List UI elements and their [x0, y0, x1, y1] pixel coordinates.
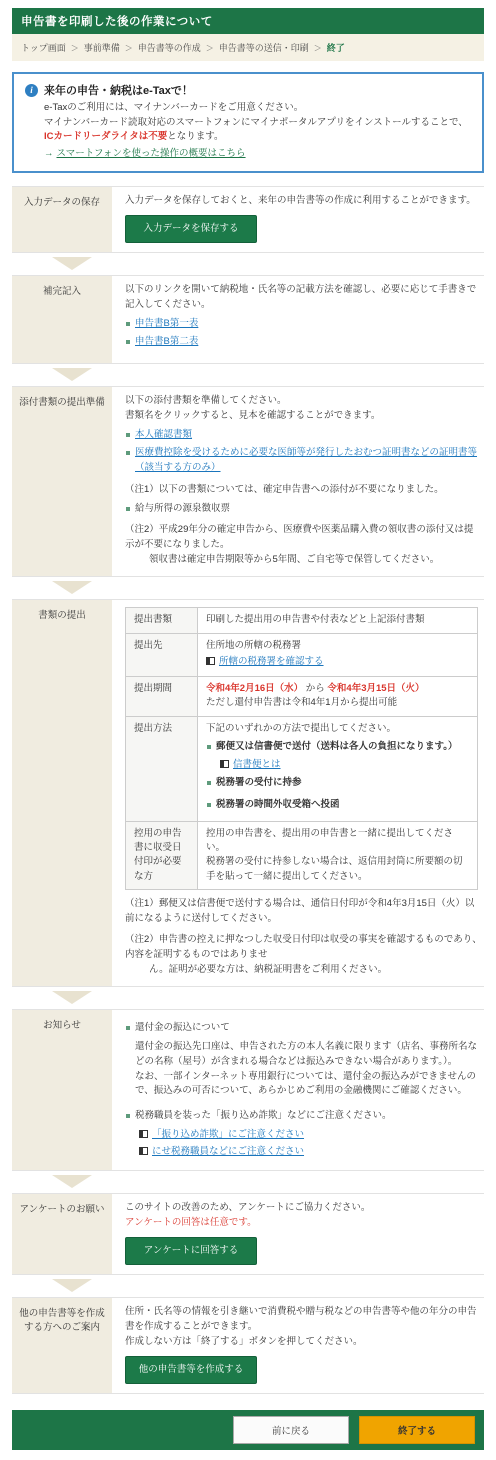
external-link-icon — [206, 657, 215, 665]
section-connector — [12, 364, 484, 386]
section-other-returns-label: 他の申告書等を作成する方へのご案内 — [12, 1298, 112, 1393]
submission-note-2-line-1: （注2）申告書の控えに押なつした収受日付印は収受の事実を確認するものであり、内容… — [125, 933, 482, 962]
attachment-text-1: 以下の添付書類を準備してください。 — [125, 394, 482, 409]
save-data-button[interactable]: 入力データを保存する — [125, 215, 257, 244]
arrow-down-icon — [52, 257, 92, 270]
list-item: 給与所得の源泉徴収票 — [125, 502, 482, 517]
section-survey: アンケートのお願い このサイトの改善のため、アンケートにご協力ください。 アンケ… — [12, 1193, 484, 1275]
section-connector — [12, 987, 484, 1009]
breadcrumb-separator: ＞ — [206, 44, 214, 53]
section-save-data-label: 入力データの保存 — [12, 187, 112, 252]
etax-notice-box: i 来年の申告・納税はe-Taxで！ e-Taxのご利用には、マイナンバーカード… — [12, 72, 484, 173]
notice-title: 来年の申告・納税はe-Taxで！ — [44, 82, 193, 98]
breadcrumb: トップ画面＞事前準備＞申告書等の作成＞申告書等の送信・印刷＞終了 — [12, 34, 484, 61]
row-header-period: 提出期間 — [126, 677, 198, 717]
attachment-text-2: 書類名をクリックすると、見本を確認することができます。 — [125, 409, 482, 424]
submission-detail-table: 提出書類 印刷した提出用の申告書や付表などと上記添付書類 提出先 住所地の所轄の… — [125, 607, 478, 890]
section-connector — [12, 1171, 484, 1193]
table-row: 提出方法 下記のいずれかの方法で提出してください。 郵便又は信書便で送付（送料は… — [126, 716, 478, 821]
smartphone-guide-link[interactable]: スマートフォンを使った操作の概要はこちら — [57, 148, 246, 159]
submission-note-2-line-2: ん。証明が必要な方は、納税証明書をご利用ください。 — [125, 963, 482, 978]
period-sub-note: ただし還付申告書は令和4年1月から提出可能 — [206, 696, 469, 710]
row-header-destination: 提出先 — [126, 633, 198, 677]
attachment-note-2-line-1: （注2）平成29年分の確定申告から、医療費や医薬品購入費の領収書の添付又は提示が… — [125, 523, 482, 552]
table-row: 提出期間 令和4年2月16日（水） から 令和4年3月15日（火） ただし還付申… — [126, 677, 478, 717]
arrow-down-icon — [52, 991, 92, 1004]
breadcrumb-separator: ＞ — [314, 44, 322, 53]
breadcrumb-item-create[interactable]: 申告書等の作成 — [138, 43, 201, 53]
table-row: 提出先 住所地の所轄の税務署 所轄の税務署を確認する — [126, 633, 478, 677]
submission-note-1: （注1）郵便又は信書便で送付する場合は、通信日付印が令和4年3月15日（火）以前… — [125, 897, 482, 926]
page: 申告書を印刷した後の作業について トップ画面＞事前準備＞申告書等の作成＞申告書等… — [0, 0, 496, 1460]
table-row: 提出書類 印刷した提出用の申告書や付表などと上記添付書類 — [126, 608, 478, 633]
attachment-note-1: （注1）以下の書類については、確定申告書への添付が不要になりました。 — [125, 483, 482, 498]
table-row: 控用の申告書に収受日付印が必要な方 控用の申告書を、提出用の申告書と一緒に提出し… — [126, 821, 478, 889]
arrow-down-icon — [52, 368, 92, 381]
section-document-submission-label: 書類の提出 — [12, 600, 112, 986]
row-value-destination: 住所地の所轄の税務署 — [206, 639, 469, 653]
external-link-icon — [220, 760, 229, 768]
section-connector — [12, 253, 484, 275]
section-survey-label: アンケートのお願い — [12, 1194, 112, 1274]
receipt-stamp-line-1: 控用の申告書を、提出用の申告書と一緒に提出してください。 — [206, 827, 469, 856]
submission-period: 令和4年2月16日（水） から 令和4年3月15日（火） — [206, 682, 469, 696]
section-attachment-preparation-label: 添付書類の提出準備 — [12, 387, 112, 576]
other-returns-text-1: 住所・氏名等の情報を引き継いで消費税や贈与税などの申告書等や他の年分の申告書を作… — [125, 1305, 482, 1334]
arrow-right-icon: → — [44, 148, 54, 159]
section-connector — [12, 577, 484, 599]
list-item: 申告書B第二表 — [125, 335, 482, 350]
section-supplementary-entry-label: 補完記入 — [12, 276, 112, 363]
identity-document-link[interactable]: 本人確認書類 — [135, 429, 192, 440]
footer-action-bar: 前に戻る 終了する — [12, 1410, 484, 1450]
section-attachment-preparation: 添付書類の提出準備 以下の添付書類を準備してください。 書類名をクリックすると、… — [12, 386, 484, 577]
breadcrumb-current: 終了 — [327, 43, 345, 53]
external-link-icon — [139, 1130, 148, 1138]
period-start-date: 令和4年2月16日（水） — [206, 683, 303, 694]
list-item: 税務職員を装った「振り込め詐欺」などにご注意ください。 — [125, 1109, 482, 1124]
supplementary-entry-text: 以下のリンクを開いて納税地・氏名等の記載方法を確認し、必要に応じて手書きで記入し… — [125, 283, 482, 312]
survey-answer-button[interactable]: アンケートに回答する — [125, 1237, 257, 1266]
medical-certificate-link[interactable]: 医療費控除を受けるために必要な医師等が発行したおむつ証明書などの証明書等（該当す… — [135, 447, 477, 473]
period-end-date: 令和4年3月15日（火） — [327, 683, 424, 694]
breadcrumb-separator: ＞ — [125, 44, 133, 53]
section-save-data: 入力データの保存 入力データを保存しておくと、来年の申告書等の作成に利用すること… — [12, 186, 484, 253]
form-b-page1-link[interactable]: 申告書B第一表 — [135, 318, 198, 329]
method-intro: 下記のいずれかの方法で提出してください。 — [206, 722, 469, 736]
notice-line-1: e-Taxのご利用には、マイナンバーカードをご用意ください。 — [44, 101, 471, 116]
list-item: 税務署の受付に持参 — [206, 776, 469, 790]
section-announcements: お知らせ 還付金の振込について 還付金の振込先口座は、申告された方の本人名義に限… — [12, 1009, 484, 1171]
row-value-documents: 印刷した提出用の申告書や付表などと上記添付書類 — [198, 608, 478, 633]
arrow-down-icon — [52, 1279, 92, 1292]
period-middle: から — [303, 683, 327, 694]
notice-line-2-emphasis: ICカードリーダライタは不要 — [44, 131, 167, 142]
transfer-fraud-warning-link[interactable]: 「振り込め詐欺」にご注意ください — [152, 1129, 304, 1140]
survey-optional-note: アンケートの回答は任意です。 — [125, 1216, 482, 1231]
breadcrumb-item-top[interactable]: トップ画面 — [21, 43, 66, 53]
page-title: 申告書を印刷した後の作業について — [12, 8, 484, 34]
shinshobin-link[interactable]: 信書便とは — [233, 759, 281, 770]
notice-line-2: マイナンバーカード読取対応のスマートフォンにマイナポータルアプリをインストールす… — [44, 116, 471, 145]
refund-transfer-para-2: なお、一部インターネット専用銀行については、還付金の振込みができませんので、振込… — [125, 1070, 482, 1099]
back-button[interactable]: 前に戻る — [233, 1416, 349, 1444]
list-item: 税務署の時間外収受箱へ投函 — [206, 798, 469, 812]
survey-text: このサイトの改善のため、アンケートにご協力ください。 — [125, 1201, 482, 1216]
arrow-down-icon — [52, 581, 92, 594]
list-item: 郵便又は信書便で送付（送料は各人の負担になります。） — [206, 740, 469, 754]
attachment-note-2-line-2: 領収書は確定申告期限等から5年間、ご自宅等で保管してください。 — [125, 553, 482, 568]
list-item: 本人確認書類 — [125, 428, 482, 443]
external-link-icon — [139, 1147, 148, 1155]
finish-button[interactable]: 終了する — [359, 1416, 475, 1444]
tax-office-lookup-link[interactable]: 所轄の税務署を確認する — [219, 656, 324, 667]
save-data-text: 入力データを保存しておくと、来年の申告書等の作成に利用することができます。 — [125, 194, 482, 209]
refund-transfer-para-1: 還付金の振込先口座は、申告された方の本人名義に限ります（店名、事務所名などの名称… — [125, 1040, 482, 1069]
section-connector — [12, 1275, 484, 1297]
fake-official-warning-link[interactable]: にせ税務職員などにご注意ください — [152, 1146, 304, 1157]
section-announcements-label: お知らせ — [12, 1010, 112, 1170]
breadcrumb-item-preparation[interactable]: 事前準備 — [84, 43, 120, 53]
create-other-returns-button[interactable]: 他の申告書等を作成する — [125, 1356, 257, 1385]
notice-line-2-post: となります。 — [167, 131, 223, 142]
list-item: 申告書B第一表 — [125, 317, 482, 332]
notice-line-2-pre: マイナンバーカード読取対応のスマートフォンにマイナポータルアプリをインストールす… — [44, 117, 468, 128]
section-document-submission: 書類の提出 提出書類 印刷した提出用の申告書や付表などと上記添付書類 提出先 住… — [12, 599, 484, 987]
other-returns-text-2: 作成しない方は「終了する」ボタンを押してください。 — [125, 1335, 482, 1350]
row-header-method: 提出方法 — [126, 716, 198, 821]
info-icon: i — [25, 84, 38, 97]
section-other-returns: 他の申告書等を作成する方へのご案内 住所・氏名等の情報を引き継いで消費税や贈与税… — [12, 1297, 484, 1394]
receipt-stamp-line-2: 税務署の受付に持参しない場合は、返信用封筒に所要額の切手を貼って一緒に提出してく… — [206, 855, 469, 884]
arrow-down-icon — [52, 1175, 92, 1188]
section-supplementary-entry: 補完記入 以下のリンクを開いて納税地・氏名等の記載方法を確認し、必要に応じて手書… — [12, 275, 484, 364]
list-item: 医療費控除を受けるために必要な医師等が発行したおむつ証明書などの証明書等（該当す… — [125, 446, 482, 475]
list-item: 還付金の振込について — [125, 1021, 482, 1036]
row-header-receipt-stamp: 控用の申告書に収受日付印が必要な方 — [126, 821, 198, 889]
breadcrumb-item-send-print[interactable]: 申告書等の送信・印刷 — [219, 43, 309, 53]
row-header-documents: 提出書類 — [126, 608, 198, 633]
form-b-page2-link[interactable]: 申告書B第二表 — [135, 336, 198, 347]
breadcrumb-separator: ＞ — [71, 44, 79, 53]
